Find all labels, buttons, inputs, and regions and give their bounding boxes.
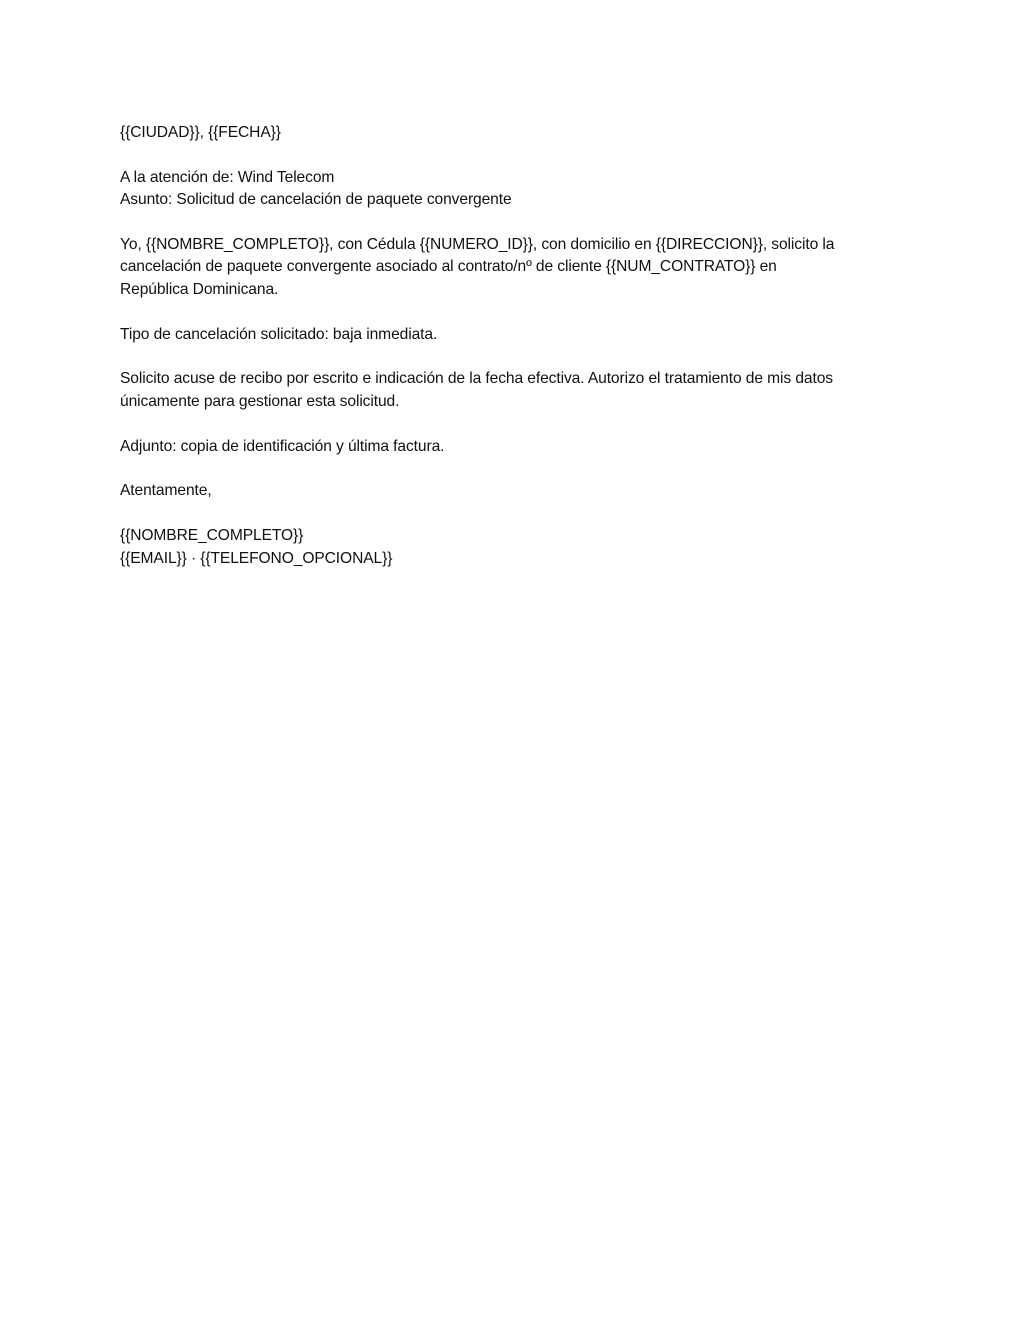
body-line: Yo, {{NOMBRE_COMPLETO}}, con Cédula {{NU…: [120, 234, 910, 256]
request-line: únicamente para gestionar esta solicitud…: [120, 391, 910, 413]
place-date: {{CIUDAD}}, {{FECHA}}: [120, 122, 910, 144]
signature-name: {{NOMBRE_COMPLETO}}: [120, 525, 910, 547]
signature-contact: {{EMAIL}} · {{TELEFONO_OPCIONAL}}: [120, 548, 910, 570]
cancellation-type: Tipo de cancelación solicitado: baja inm…: [120, 324, 910, 346]
header-paragraph: A la atención de: Wind Telecom Asunto: S…: [120, 167, 910, 212]
signature-block: {{NOMBRE_COMPLETO}} {{EMAIL}} · {{TELEFO…: [120, 525, 910, 570]
closing-paragraph: Atentamente,: [120, 480, 910, 502]
attachments-paragraph: Adjunto: copia de identificación y últim…: [120, 436, 910, 458]
request-line: Solicito acuse de recibo por escrito e i…: [120, 368, 910, 390]
body-paragraph: Yo, {{NOMBRE_COMPLETO}}, con Cédula {{NU…: [120, 234, 910, 301]
letter-document: {{CIUDAD}}, {{FECHA}} A la atención de: …: [120, 122, 910, 592]
attention-line: A la atención de: Wind Telecom: [120, 167, 910, 189]
closing-line: Atentamente,: [120, 480, 910, 502]
attachments-line: Adjunto: copia de identificación y últim…: [120, 436, 910, 458]
request-paragraph: Solicito acuse de recibo por escrito e i…: [120, 368, 910, 413]
cancellation-type-paragraph: Tipo de cancelación solicitado: baja inm…: [120, 324, 910, 346]
subject-line: Asunto: Solicitud de cancelación de paqu…: [120, 189, 910, 211]
place-date-paragraph: {{CIUDAD}}, {{FECHA}}: [120, 122, 910, 144]
body-line: República Dominicana.: [120, 279, 910, 301]
body-line: cancelación de paquete convergente asoci…: [120, 256, 910, 278]
